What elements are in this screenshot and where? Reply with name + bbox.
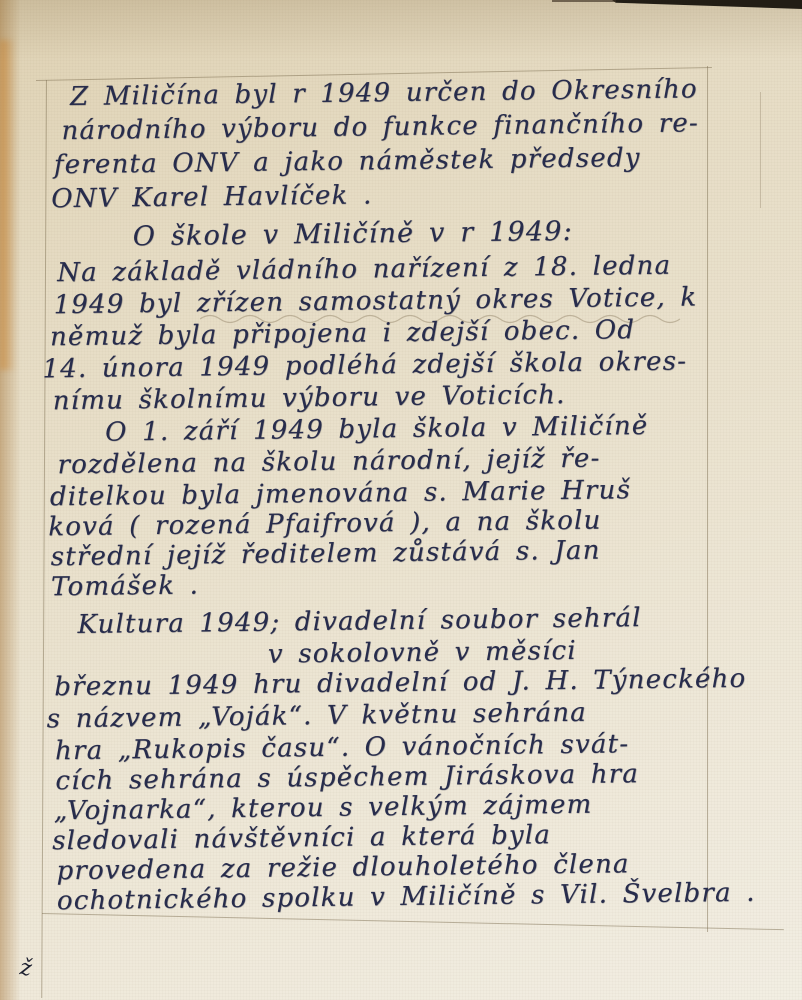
handwritten-line: Tomášek . <box>51 570 199 602</box>
handwritten-line: ONV Karel Havlíček . <box>51 180 372 214</box>
handwritten-line: střední jejíž ředitelem zůstává s. Jan <box>50 536 600 573</box>
chronicle-page-photo: Z Miličína byl r 1949 určen do Okresního… <box>0 0 802 1000</box>
handwritten-line: ferenta ONV a jako náměstek předsedy <box>54 143 641 180</box>
handwritten-line: březnu 1949 hru divadelní od J. H. Týnec… <box>54 664 746 702</box>
handwritten-line: Na základě vládního nařízení z 18. ledna <box>57 251 671 288</box>
handwriting-layer: Z Miličína byl r 1949 určen do Okresního… <box>0 0 802 1000</box>
section-heading: O škole v Miličíně v r 1949: <box>133 216 574 252</box>
handwritten-line: němuž byla připojena i zdejší obec. Od <box>50 315 636 352</box>
handwritten-line: rozdělena na školu národní, jejíž ře- <box>57 444 600 481</box>
handwritten-line: 14. února 1949 podléhá zdejší škola okre… <box>42 346 687 384</box>
handwritten-line: s názvem „Voják“. V květnu sehrána <box>46 698 587 735</box>
handwritten-line: Kultura 1949; divadelní soubor sehrál <box>77 603 641 640</box>
handwritten-line: nímu školnímu výboru ve Voticích. <box>53 380 566 416</box>
handwritten-line: Z Miličína byl r 1949 určen do Okresního <box>70 74 698 112</box>
handwritten-line: v sokolovně v měsíci <box>268 636 577 670</box>
handwritten-line: O 1. září 1949 byla škola v Miličíně <box>105 411 649 448</box>
handwritten-line: národního výboru do funkce finančního re… <box>61 108 699 146</box>
